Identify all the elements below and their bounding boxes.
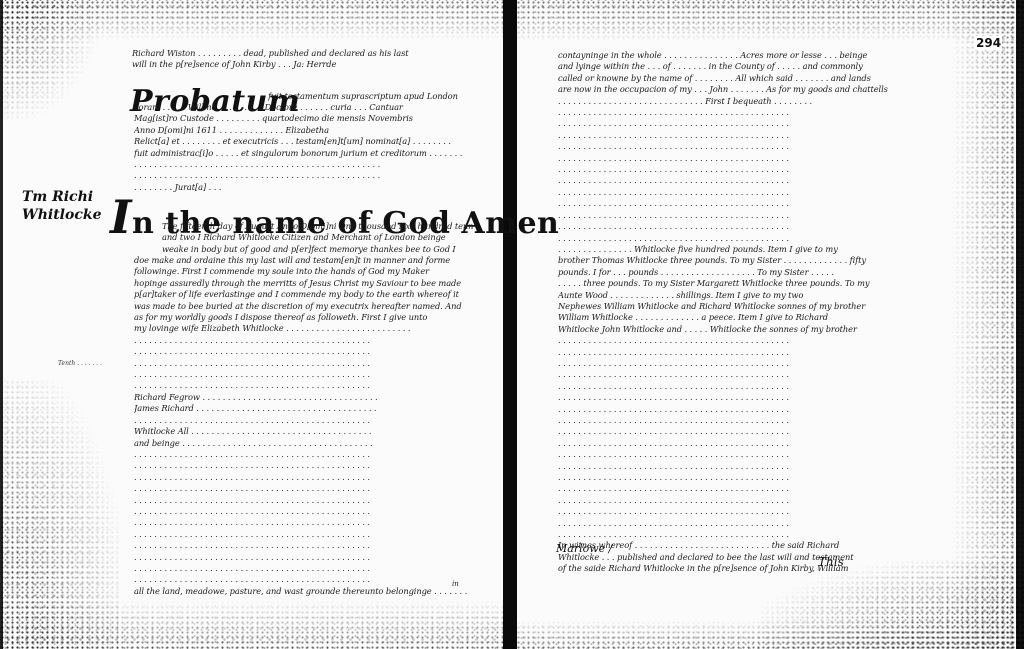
body-line: . . . . . . . . . . . . . . . . . . . . … xyxy=(558,107,944,118)
body-line: hopinge assuredly through the merritts o… xyxy=(134,278,494,289)
body-line: . . . . . . . . . . . . . . . . . . . . … xyxy=(558,483,944,494)
decorated-initial: I xyxy=(110,190,132,244)
body-line: all the land, meadowe, pasture, and wast… xyxy=(134,586,494,597)
body-line: . . . . . . . . . . . . . . . . . . . . … xyxy=(558,472,944,483)
body-line: . . . . . . . . . . . . . . . . . . . . … xyxy=(558,347,944,358)
signature-mark: This xyxy=(818,555,844,569)
body-line: . . . . . . . . . . . . . . . . . . . . … xyxy=(558,369,944,380)
body-line: . . . . . . . . . . . . . . . . . . . . … xyxy=(558,96,944,107)
probate-clause: coram . . . . . Willmo . . . . . . . . .… xyxy=(134,102,494,193)
body-line: . . . . . . . . . . . . . . . . . . . . … xyxy=(558,130,944,141)
will-body-left: The fifteenth day of August Anno D[omi]n… xyxy=(162,221,494,255)
body-line: . . . . . . . . . . . . . . . . . . . . … xyxy=(134,460,494,471)
body-line: . . . . . . . . . . . . . . . . . . . . … xyxy=(134,483,494,494)
margin-title: Tm Richi Whitlocke xyxy=(22,188,101,224)
body-line: . . . . . . . . . . . . . . . . . . . . … xyxy=(558,164,944,175)
body-line: . . . . . . . . . . . . . . . . . . . . … xyxy=(558,404,944,415)
body-line: James Richard . . . . . . . . . . . . . … xyxy=(134,403,494,414)
body-line: and two I Richard Whitlocke Citizen and … xyxy=(162,232,494,243)
probate-clause-start: fuit testamentum suprascriptum apud Lond… xyxy=(268,91,494,102)
body-line: . . . . . . . . . . . . . . . . . . . . … xyxy=(134,380,494,391)
body-line: . . . . . . . . . . . . . . . . . . . . … xyxy=(558,141,944,152)
page-number: 294 xyxy=(975,36,1002,50)
margin-title-line: Tm Richi xyxy=(22,188,101,206)
body-line: . . . . . . . . . . . . . . . . . . . . … xyxy=(558,392,944,403)
body-line: as for my worldly goods I dispose thereo… xyxy=(134,312,494,323)
body-line: . . . . . . . . . . . . . . . . . . . . … xyxy=(558,438,944,449)
body-line: p[ar]taker of life everlastinge and I co… xyxy=(134,289,494,300)
body-line: . . . . . . . . . . . . . . . . . . . . … xyxy=(134,449,494,460)
body-line: Whitlocke John Whitlocke and . . . . . W… xyxy=(558,324,944,335)
body-line: followinge. First I commende my soule in… xyxy=(134,266,494,277)
body-line: . . . . . . . . . . . . . . . . . . . . … xyxy=(558,358,944,369)
body-line: . . . . . . . . . . . . . . . . . . . . … xyxy=(134,563,494,574)
left-border xyxy=(0,0,3,649)
probate-line: . . . . . . . . . . . . . . . . . . . . … xyxy=(134,159,494,170)
catchword: in xyxy=(452,580,459,588)
manuscript-spread: Richard Wiston . . . . . . . . . dead, p… xyxy=(0,0,1024,649)
book-gutter xyxy=(503,0,517,649)
body-line: . . . . . . . . . . . . . . . . . . . . … xyxy=(558,221,944,232)
body-line: . . . . . . . . . . . . . . . . . . . . … xyxy=(558,426,944,437)
body-line: . . . . . . . . . . . . . . . . . . . . … xyxy=(134,495,494,506)
margin-title-line: Whitlocke xyxy=(22,206,101,224)
body-line: . . . . . . . . . . . . . . . . . . . . … xyxy=(558,529,944,540)
body-line: . . . . . . . . . . . . . . . . . . . . … xyxy=(134,358,494,369)
body-line: . . . . . . . . . . . . . . . . . . . . … xyxy=(558,449,944,460)
body-line: contayninge in the whole . . . . . . . .… xyxy=(558,50,944,61)
will-body-left-cont: doe make and ordaine this my last will a… xyxy=(134,255,494,597)
body-line: . . . . . . . . . . . . . . . . . . . . … xyxy=(558,495,944,506)
body-line: . . . . . . . . . . . . . . . . . . . . … xyxy=(558,187,944,198)
body-line: . . . . . . . . . . . . . . . . . . . . … xyxy=(134,517,494,528)
body-line: . . . . . . . . . . . . . . . . . . . . … xyxy=(134,335,494,346)
body-line: . . . . . . . . . . . . . . . . . . . . … xyxy=(558,233,944,244)
body-line: . . . . . . . . . . . . . . . . . . . . … xyxy=(558,506,944,517)
body-line: . . . . . . . . . . . . . . . . . . . . … xyxy=(134,369,494,380)
body-line: . . . . . . . . . . . . . . . . . . . . … xyxy=(134,346,494,357)
body-line: . . . . . . . . . . . . . . . . . . . . … xyxy=(134,472,494,483)
body-line: . . . . . . . . . . . . . . . . . . . . … xyxy=(134,529,494,540)
body-line: . . . . . three pounds. To my Sister Mar… xyxy=(558,278,944,289)
body-line: are now in the occupacion of my . . . Jo… xyxy=(558,84,944,95)
body-line: . . . . . . . . . . . . . . . . . . . . … xyxy=(558,153,944,164)
body-line: . . . . . . . . . . . . . . . . . . . . … xyxy=(558,461,944,472)
body-line: Whitlocke All . . . . . . . . . . . . . … xyxy=(134,426,494,437)
will-body-right: contayninge in the whole . . . . . . . .… xyxy=(558,50,944,575)
body-line: called or knowne by the name of . . . . … xyxy=(558,73,944,84)
probate-line: Anno D[omi]ni 1611 . . . . . . . . . . .… xyxy=(134,125,494,136)
body-line: In witnes whereof . . . . . . . . . . . … xyxy=(558,540,944,551)
body-line: . . . . . . . . . . . . . . . . . . . . … xyxy=(558,518,944,529)
body-line: brother Thomas Whitlocke three pounds. T… xyxy=(558,255,944,266)
body-line: of the saide Richard Whitlocke in the p[… xyxy=(558,563,944,574)
body-line: . . . . . . . . . . . . . . . . . . . . … xyxy=(558,335,944,346)
body-line: Nephewes William Whitlocke and Richard W… xyxy=(558,301,944,312)
probate-line: . . . . . . . . . . . . . . . . . . . . … xyxy=(134,170,494,181)
body-line: . . . . . . . . . . . . . . . . . . . . … xyxy=(134,415,494,426)
body-line: . . . . . . . . . . . . . . . . . . . . … xyxy=(558,415,944,426)
body-line: . . . . . . . . . . . . . . . . . . . . … xyxy=(558,198,944,209)
body-line: doe make and ordaine this my last will a… xyxy=(134,255,494,266)
body-line: . . . . . . . . . . . . . . . . . . . . … xyxy=(134,506,494,517)
body-line: . . . . . . . . . . . . . . . . . . . . … xyxy=(134,552,494,563)
body-line: William Whitlocke . . . . . . . . . . . … xyxy=(558,312,944,323)
body-line: . . . . . . . . . . . . . . . Whitlocke … xyxy=(558,244,944,255)
body-line: . . . . . . . . . . . . . . . . . . . . … xyxy=(134,540,494,551)
probate-line: fuit testamentum suprascriptum apud Lond… xyxy=(268,91,494,102)
probate-line: Mag[ist]ro Custode . . . . . . . . . qua… xyxy=(134,113,494,124)
probate-line: Relict[a] et . . . . . . . . et executri… xyxy=(134,136,494,147)
header-line: will in the p[re]sence of John Kirby . .… xyxy=(132,59,492,70)
header-line: Richard Wiston . . . . . . . . . dead, p… xyxy=(132,48,492,59)
body-line: weake in body but of good and p[er]fect … xyxy=(162,244,494,255)
body-line: pounds. I for . . . pounds . . . . . . .… xyxy=(558,267,944,278)
body-line: . . . . . . . . . . . . . . . . . . . . … xyxy=(558,118,944,129)
witness-name: Marlowe / xyxy=(556,542,612,555)
header-text: Richard Wiston . . . . . . . . . dead, p… xyxy=(132,48,492,71)
body-line: . . . . . . . . . . . . . . . . . . . . … xyxy=(558,210,944,221)
body-line: Richard Fegrow . . . . . . . . . . . . .… xyxy=(134,392,494,403)
body-line: and lyinge within the . . . of . . . . .… xyxy=(558,61,944,72)
body-line: Whitlocke . . . published and declared t… xyxy=(558,552,944,563)
probate-line: fuit administrac[i]o . . . . . et singul… xyxy=(134,148,494,159)
body-line: was made to bee buried at the discretion… xyxy=(134,301,494,312)
body-line: The fifteenth day of August Anno D[omi]n… xyxy=(162,221,494,232)
body-line: Aunte Wood . . . . . . . . . . . . . shi… xyxy=(558,290,944,301)
body-line: . . . . . . . . . . . . . . . . . . . . … xyxy=(558,381,944,392)
margin-note: Tenth . . . . . . . xyxy=(58,360,102,367)
body-line: . . . . . . . . . . . . . . . . . . . . … xyxy=(558,175,944,186)
body-line: my lovinge wife Elizabeth Whitlocke . . … xyxy=(134,323,494,334)
probate-line: coram . . . . . Willmo . . . . . . . . .… xyxy=(134,102,494,113)
body-line: and beinge . . . . . . . . . . . . . . .… xyxy=(134,438,494,449)
body-line: . . . . . . . . . . . . . . . . . . . . … xyxy=(134,574,494,585)
right-border xyxy=(1016,0,1024,649)
